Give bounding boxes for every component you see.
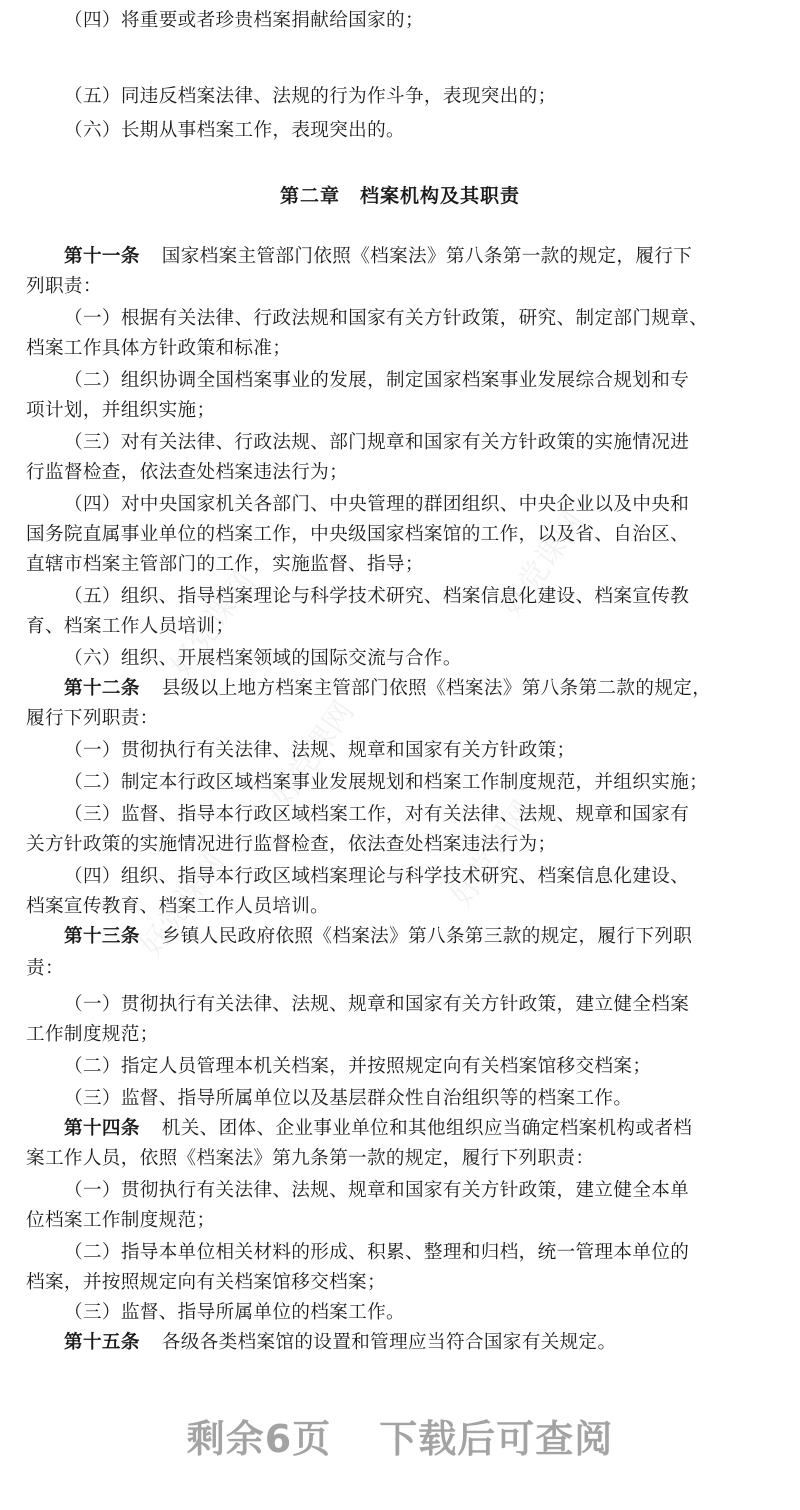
list-item-cont: 直辖市档案主管部门的工作，实施监督、指导； [26, 550, 778, 580]
article-text: 各级各类档案馆的设置和管理应当符合国家有关规定。 [162, 1332, 617, 1353]
article-text: 县级以上地方档案主管部门依照《档案法》第八条第二款的规定， [162, 678, 711, 699]
list-item: （一）贯彻执行有关法律、法规、规章和国家有关方针政策； [64, 736, 800, 766]
list-item: （三）监督、指导所属单位的档案工作。 [64, 1298, 800, 1328]
article-text: 责： [26, 954, 778, 984]
list-item: （三）监督、指导本行政区域档案工作，对有关法律、法规、规章和国家有 [64, 800, 800, 830]
article-13: 第十三条乡镇人民政府依照《档案法》第八条第三款的规定，履行下列职 [64, 922, 800, 952]
list-item: （二）指定人员管理本机关档案，并按照规定向有关档案馆移交档案； [64, 1052, 800, 1082]
list-item-cont: 行监督检查，依法查处档案违法行为； [26, 458, 778, 488]
list-item-cont: 国务院直属事业单位的档案工作，中央级国家档案馆的工作，以及省、自治区、 [26, 520, 778, 550]
list-item-cont: 育、档案工作人员培训； [26, 612, 778, 642]
list-item-cont: 档案工作具体方针政策和标准； [26, 334, 778, 364]
download-prompt[interactable]: 剩余6页下载后可查阅 [0, 1408, 800, 1463]
article-14: 第十四条机关、团体、企业事业单位和其他组织应当确定档案机构或者档 [64, 1114, 800, 1144]
document-page: 好党课网 好党课网 好党课网 好党课网 好党课网 （四）将重要或者珍贵档案捐献给… [0, 0, 800, 1510]
list-item: （一）贯彻执行有关法律、法规、规章和国家有关方针政策，建立健全本单 [64, 1176, 800, 1206]
article-label: 第十五条 [64, 1332, 140, 1353]
list-item: （四）对中央国家机关各部门、中央管理的群团组织、中央企业以及中央和 [64, 490, 800, 520]
list-item: （一）贯彻执行有关法律、法规、规章和国家有关方针政策，建立健全档案 [64, 990, 800, 1020]
list-item: （五）组织、指导档案理论与科学技术研究、档案信息化建设、档案宣传教 [64, 582, 800, 612]
list-item: （六）长期从事档案工作，表现突出的。 [64, 116, 800, 146]
list-item: （三）对有关法律、行政法规、部门规章和国家有关方针政策的实施情况进 [64, 428, 800, 458]
article-12: 第十二条县级以上地方档案主管部门依照《档案法》第八条第二款的规定， [64, 674, 800, 704]
article-text: 列职责： [26, 272, 778, 302]
article-11: 第十一条国家档案主管部门依照《档案法》第八条第一款的规定，履行下 [64, 242, 800, 272]
article-text: 乡镇人民政府依照《档案法》第八条第三款的规定，履行下列职 [162, 926, 692, 947]
article-text: 机关、团体、企业事业单位和其他组织应当确定档案机构或者档 [162, 1118, 692, 1139]
download-hint-label[interactable]: 下载后可查阅 [379, 1417, 613, 1461]
list-item: （三）监督、指导所属单位以及基层群众性自治组织等的档案工作。 [64, 1084, 800, 1114]
list-item-cont: 关方针政策的实施情况进行监督检查，依法查处档案违法行为； [26, 830, 778, 860]
article-text: 案工作人员，依照《档案法》第九条第一款的规定，履行下列职责： [26, 1144, 778, 1174]
list-item: （一）根据有关法律、行政法规和国家有关方针政策，研究、制定部门规章、 [64, 304, 800, 334]
article-label: 第十一条 [64, 246, 140, 267]
article-text: 履行下列职责： [26, 704, 778, 734]
article-text: 国家档案主管部门依照《档案法》第八条第一款的规定，履行下 [162, 246, 692, 267]
article-label: 第十三条 [64, 926, 140, 947]
list-item: （二）组织协调全国档案事业的发展，制定国家档案事业发展综合规划和专 [64, 366, 800, 396]
list-item: （二）指导本单位相关材料的形成、积累、整理和归档，统一管理本单位的 [64, 1238, 800, 1268]
list-item: （五）同违反档案法律、法规的行为作斗争，表现突出的； [64, 82, 800, 112]
list-item: （四）组织、指导本行政区域档案理论与科学技术研究、档案信息化建设、 [64, 862, 800, 892]
article-15: 第十五条各级各类档案馆的设置和管理应当符合国家有关规定。 [64, 1328, 800, 1358]
chapter-heading: 第二章 档案机构及其职责 [0, 181, 800, 211]
list-item: （二）制定本行政区域档案事业发展规划和档案工作制度规范，并组织实施； [64, 768, 800, 798]
article-label: 第十四条 [64, 1118, 140, 1139]
article-label: 第十二条 [64, 678, 140, 699]
list-item-cont: 项计划，并组织实施； [26, 396, 778, 426]
remaining-pages-label[interactable]: 剩余6页 [187, 1417, 331, 1461]
list-item: （六）组织、开展档案领域的国际交流与合作。 [64, 644, 800, 674]
list-item-cont: 工作制度规范； [26, 1020, 778, 1050]
list-item-cont: 位档案工作制度规范； [26, 1206, 778, 1236]
list-item-cont: 档案宣传教育、档案工作人员培训。 [26, 892, 778, 922]
list-item: （四）将重要或者珍贵档案捐献给国家的； [64, 6, 800, 36]
list-item-cont: 档案，并按照规定向有关档案馆移交档案； [26, 1268, 778, 1298]
